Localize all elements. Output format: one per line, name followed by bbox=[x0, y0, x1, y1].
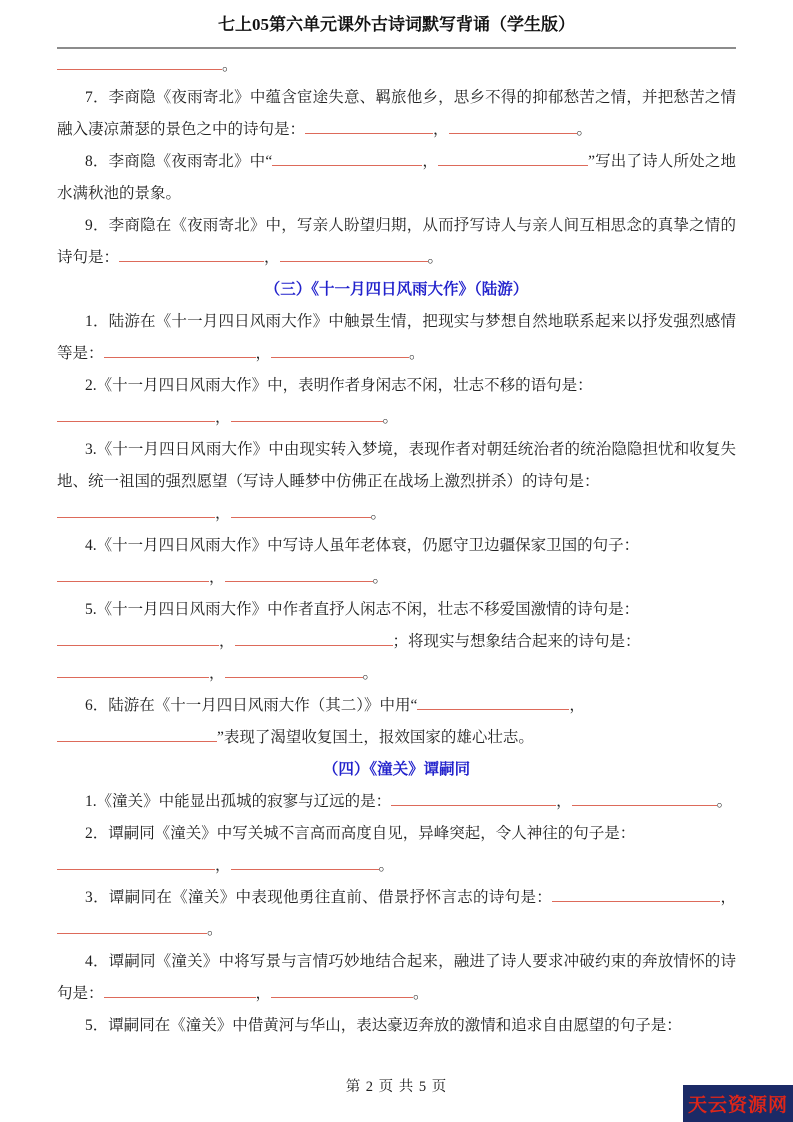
answer-blank bbox=[305, 120, 433, 134]
answer-blank bbox=[57, 664, 209, 678]
text-run: 。 bbox=[379, 857, 395, 874]
answer-blank bbox=[57, 504, 215, 518]
question-line: ，。 bbox=[57, 402, 736, 434]
text-run: 。 bbox=[413, 985, 429, 1002]
text-run: ， bbox=[215, 857, 231, 874]
text-run: 。 bbox=[222, 57, 238, 74]
answer-blank bbox=[280, 248, 428, 262]
question-line: 1．陆游在《十一月四日风雨大作》中触景生情，把现实与梦想自然地联系起来以抒发强烈… bbox=[57, 306, 736, 370]
question-line: ，；将现实与想象结合起来的诗句是： bbox=[57, 626, 736, 658]
question-line: 8．李商隐《夜雨寄北》中“，”写出了诗人所处之地水满秋池的景象。 bbox=[57, 146, 736, 210]
site-watermark-text: 天云资源网 bbox=[688, 1090, 788, 1117]
question-line: 2．谭嗣同《潼关》中写关城不言高而高度自见，异峰突起，令人神往的句子是： bbox=[57, 818, 736, 850]
answer-blank bbox=[391, 792, 556, 806]
answer-blank bbox=[57, 728, 217, 742]
answer-blank bbox=[271, 984, 413, 998]
document-page: 七上05第六单元课外古诗词默写背诵（学生版） 。7．李商隐《夜雨寄北》中蕴含宦途… bbox=[0, 0, 793, 1122]
text-run: 。 bbox=[373, 569, 389, 586]
text-run: 3.《十一月四日风雨大作》中由现实转入梦境，表现作者对朝廷统治者的统治隐隐担忧和… bbox=[57, 441, 736, 490]
question-line: 5．谭嗣同在《潼关》中借黄河与华山，表达豪迈奔放的激情和追求自由愿望的句子是： bbox=[57, 1010, 736, 1042]
question-line: 6．陆游在《十一月四日风雨大作（其二）》中用“， bbox=[57, 690, 736, 722]
answer-blank bbox=[104, 984, 256, 998]
answer-blank bbox=[57, 856, 215, 870]
answer-blank bbox=[57, 920, 207, 934]
text-run: 8．李商隐《夜雨寄北》中“ bbox=[85, 153, 272, 170]
question-line: 9．李商隐在《夜雨寄北》中，写亲人盼望归期，从而抒写诗人与亲人间互相思念的真挚之… bbox=[57, 210, 736, 274]
text-run: 。 bbox=[383, 409, 399, 426]
text-run: ， bbox=[433, 121, 449, 138]
answer-blank bbox=[271, 344, 409, 358]
text-run: 。 bbox=[428, 249, 444, 266]
text-run: 1.《潼关》中能显出孤城的寂寥与辽远的是： bbox=[85, 793, 391, 810]
answer-blank bbox=[438, 152, 588, 166]
text-run: ， bbox=[209, 665, 225, 682]
answer-blank bbox=[57, 56, 222, 70]
text-run: 。 bbox=[717, 793, 733, 810]
answer-blank bbox=[57, 632, 219, 646]
text-run: ， bbox=[264, 249, 280, 266]
question-line: 3.《十一月四日风雨大作》中由现实转入梦境，表现作者对朝廷统治者的统治隐隐担忧和… bbox=[57, 434, 736, 498]
question-line: ，。 bbox=[57, 562, 736, 594]
answer-blank bbox=[57, 408, 215, 422]
question-line: 2.《十一月四日风雨大作》中，表明作者身闲志不闲，壮志不移的语句是： bbox=[57, 370, 736, 402]
text-run: ， bbox=[215, 505, 231, 522]
question-line: 4．谭嗣同《潼关》中将写景与言情巧妙地结合起来，融进了诗人要求冲破约束的奔放情怀… bbox=[57, 946, 736, 1010]
text-run: 2.《十一月四日风雨大作》中，表明作者身闲志不闲，壮志不移的语句是： bbox=[85, 377, 593, 394]
question-line: ，。 bbox=[57, 498, 736, 530]
document-body: 。7．李商隐《夜雨寄北》中蕴含宦途失意、羁旅他乡，思乡不得的抑郁愁苦之情，并把愁… bbox=[57, 50, 736, 1042]
question-line: 7．李商隐《夜雨寄北》中蕴含宦途失意、羁旅他乡，思乡不得的抑郁愁苦之情，并把愁苦… bbox=[57, 82, 736, 146]
answer-blank bbox=[572, 792, 717, 806]
section-heading: （四）《潼关》谭嗣同 bbox=[57, 754, 736, 786]
text-run: （四）《潼关》谭嗣同 bbox=[323, 761, 470, 778]
question-line: 1.《潼关》中能显出孤城的寂寥与辽远的是：，。 bbox=[57, 786, 736, 818]
text-run: ， bbox=[556, 793, 572, 810]
question-line: 5.《十一月四日风雨大作》中作者直抒人闲志不闲，壮志不移爱国激情的诗句是： bbox=[57, 594, 736, 626]
answer-blank bbox=[225, 664, 363, 678]
page-title: 七上05第六单元课外古诗词默写背诵（学生版） bbox=[57, 12, 736, 38]
question-line: 4.《十一月四日风雨大作》中写诗人虽年老体衰，仍愿守卫边疆保家卫国的句子： bbox=[57, 530, 736, 562]
text-run: 。 bbox=[409, 345, 425, 362]
question-line: 。 bbox=[57, 50, 736, 82]
text-run: ， bbox=[256, 345, 272, 362]
text-run: 2．谭嗣同《潼关》中写关城不言高而高度自见，异峰突起，令人神往的句子是： bbox=[85, 825, 635, 842]
text-run: ， bbox=[256, 985, 272, 1002]
text-run: 5.《十一月四日风雨大作》中作者直抒人闲志不闲，壮志不移爱国激情的诗句是： bbox=[85, 601, 639, 618]
text-run: 6．陆游在《十一月四日风雨大作（其二）》中用“ bbox=[85, 697, 417, 714]
text-run: ”表现了渴望收复国土，报效国家的雄心壮志。 bbox=[217, 729, 534, 746]
question-line: ，。 bbox=[57, 850, 736, 882]
text-run: ， bbox=[219, 633, 235, 650]
answer-blank bbox=[552, 888, 720, 902]
text-run: ；将现实与想象结合起来的诗句是： bbox=[393, 633, 641, 650]
text-run: ， bbox=[215, 409, 231, 426]
text-run: 。 bbox=[363, 665, 379, 682]
question-line: 3．谭嗣同在《潼关》中表现他勇往直前、借景抒怀言志的诗句是：，。 bbox=[57, 882, 736, 946]
text-run: ， bbox=[422, 153, 438, 170]
text-run: 。 bbox=[577, 121, 593, 138]
document-header: 七上05第六单元课外古诗词默写背诵（学生版） bbox=[57, 0, 736, 49]
answer-blank bbox=[225, 568, 373, 582]
section-heading: （三）《十一月四日风雨大作》（陆游） bbox=[57, 274, 736, 306]
text-run: 5．谭嗣同在《潼关》中借黄河与华山，表达豪迈奔放的激情和追求自由愿望的句子是： bbox=[85, 1017, 682, 1034]
text-run: ， bbox=[720, 889, 736, 906]
answer-blank bbox=[272, 152, 422, 166]
answer-blank bbox=[104, 344, 256, 358]
text-run: 3．谭嗣同在《潼关》中表现他勇往直前、借景抒怀言志的诗句是： bbox=[85, 889, 552, 906]
answer-blank bbox=[57, 568, 209, 582]
answer-blank bbox=[449, 120, 577, 134]
page-number: 第 2 页 共 5 页 bbox=[0, 1078, 793, 1096]
text-run: 。 bbox=[207, 921, 223, 938]
text-run: 。 bbox=[371, 505, 387, 522]
question-line: ，。 bbox=[57, 658, 736, 690]
answer-blank bbox=[235, 632, 393, 646]
text-run: ， bbox=[569, 697, 585, 714]
answer-blank bbox=[231, 504, 371, 518]
answer-blank bbox=[231, 856, 379, 870]
answer-blank bbox=[119, 248, 264, 262]
text-run: （三）《十一月四日风雨大作》（陆游） bbox=[265, 281, 529, 298]
site-watermark: 天云资源网 bbox=[683, 1085, 793, 1122]
answer-blank bbox=[231, 408, 383, 422]
text-run: ， bbox=[209, 569, 225, 586]
question-line: ”表现了渴望收复国土，报效国家的雄心壮志。 bbox=[57, 722, 736, 754]
text-run: 4.《十一月四日风雨大作》中写诗人虽年老体衰，仍愿守卫边疆保家卫国的句子： bbox=[85, 537, 639, 554]
answer-blank bbox=[417, 696, 569, 710]
